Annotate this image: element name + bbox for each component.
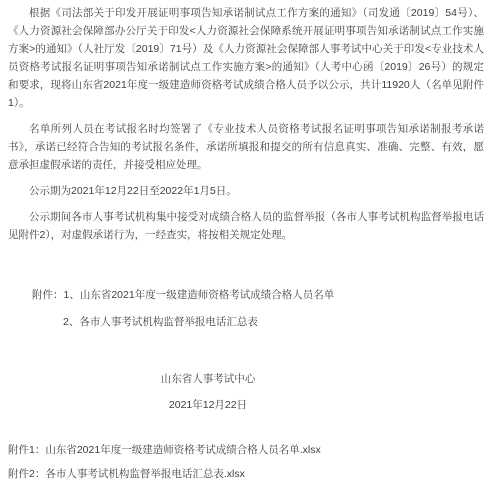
attachment1-download-link[interactable]: 附件1：山东省2021年度一级建造师资格考试成绩合格人员名单.xlsx [8,438,484,462]
attachments-list-item-1: 附件：1、山东省2021年度一级建造师资格考试成绩合格人员名单 [8,282,484,309]
signoff-block: 山东省人事考试中心 2021年12月22日 [8,366,484,418]
attachment2-download-link[interactable]: 附件2：各市人事考试机构监督举报电话汇总表.xlsx [8,462,484,486]
signoff-date: 2021年12月22日 [8,392,408,418]
attachment-links: 附件1：山东省2021年度一级建造师资格考试成绩合格人员名单.xlsx 附件2：… [8,438,484,486]
attachments-list: 附件：1、山东省2021年度一级建造师资格考试成绩合格人员名单 2、各市人事考试… [8,282,484,336]
paragraph-supervision: 公示期间各市人事考试机构集中接受对成绩合格人员的监督举报（各市人事考试机构监督举… [8,208,484,244]
paragraph-commitment: 名单所列人员在考试报名时均签署了《专业技术人员资格考试报名证明事项告知承诺制报考… [8,120,484,174]
paragraph-basis: 根据《司法部关于印发开展证明事项告知承诺制试点工作方案的通知》（司发通〔2019… [8,4,484,112]
paragraph-publicity-period: 公示期为2021年12月22日至2022年1月5日。 [8,182,484,200]
attachments-list-item-2: 2、各市人事考试机构监督举报电话汇总表 [8,309,484,336]
signoff-organization: 山东省人事考试中心 [8,366,408,392]
announcement-document: 根据《司法部关于印发开展证明事项告知承诺制试点工作方案的通知》（司发通〔2019… [0,0,490,486]
